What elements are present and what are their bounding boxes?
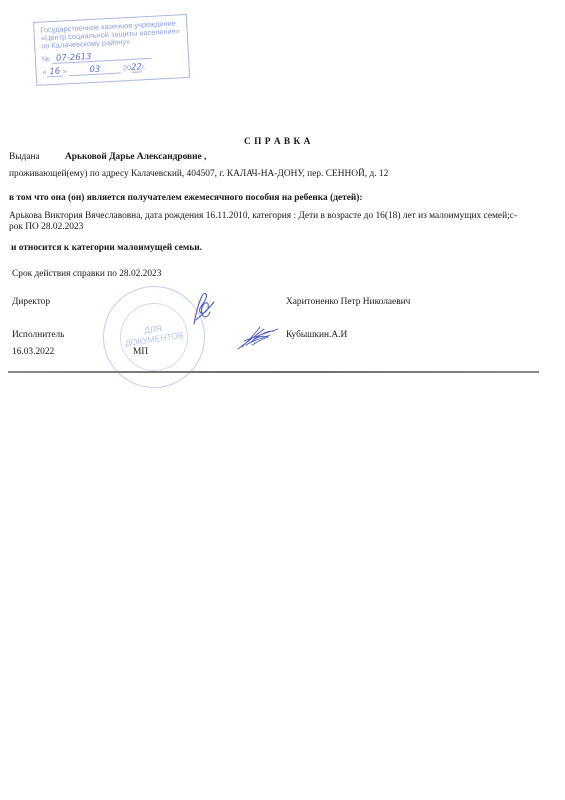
executor-name: Кубышкин.А.И (286, 330, 347, 341)
validity-line: Срок действия справки по 28.02.2023 (12, 269, 161, 280)
seal-place-label: МП (133, 347, 148, 358)
registration-stamp: Государственное казенное учреждение «Цен… (33, 14, 190, 86)
stamp-year-end: г. (142, 62, 146, 71)
bottom-divider (8, 371, 539, 373)
address-line: проживающей(ему) по адресу Калачевский, … (9, 169, 388, 180)
director-label: Директор (12, 297, 50, 308)
stamp-date-row: «16» 03 2022г. (42, 63, 146, 77)
executor-label: Исполнитель (12, 330, 64, 341)
issued-to-name: Арьковой Дарье Александровне , (65, 152, 206, 163)
issued-label: Выдана (9, 152, 40, 163)
benefit-statement: в том что она (он) является получателем … (9, 193, 363, 204)
director-signature-icon (188, 290, 218, 326)
director-name: Харитоненко Петр Николаевич (286, 297, 410, 308)
stamp-number-prefix: № (42, 54, 50, 63)
document-title: С П Р А В К А (244, 137, 311, 148)
category-statement: и относится к категории малоимущей семьи… (11, 243, 202, 254)
child-details-line2: рок ПО 28.02.2023 (9, 222, 83, 233)
executor-signature-icon (236, 325, 280, 351)
stamp-day: 16 (47, 68, 63, 78)
child-details-line1: Арькова Виктория Вячеславовна, дата рожд… (9, 211, 517, 222)
stamp-month: 03 (69, 64, 121, 76)
issue-date: 16.03.2022 (12, 347, 54, 358)
